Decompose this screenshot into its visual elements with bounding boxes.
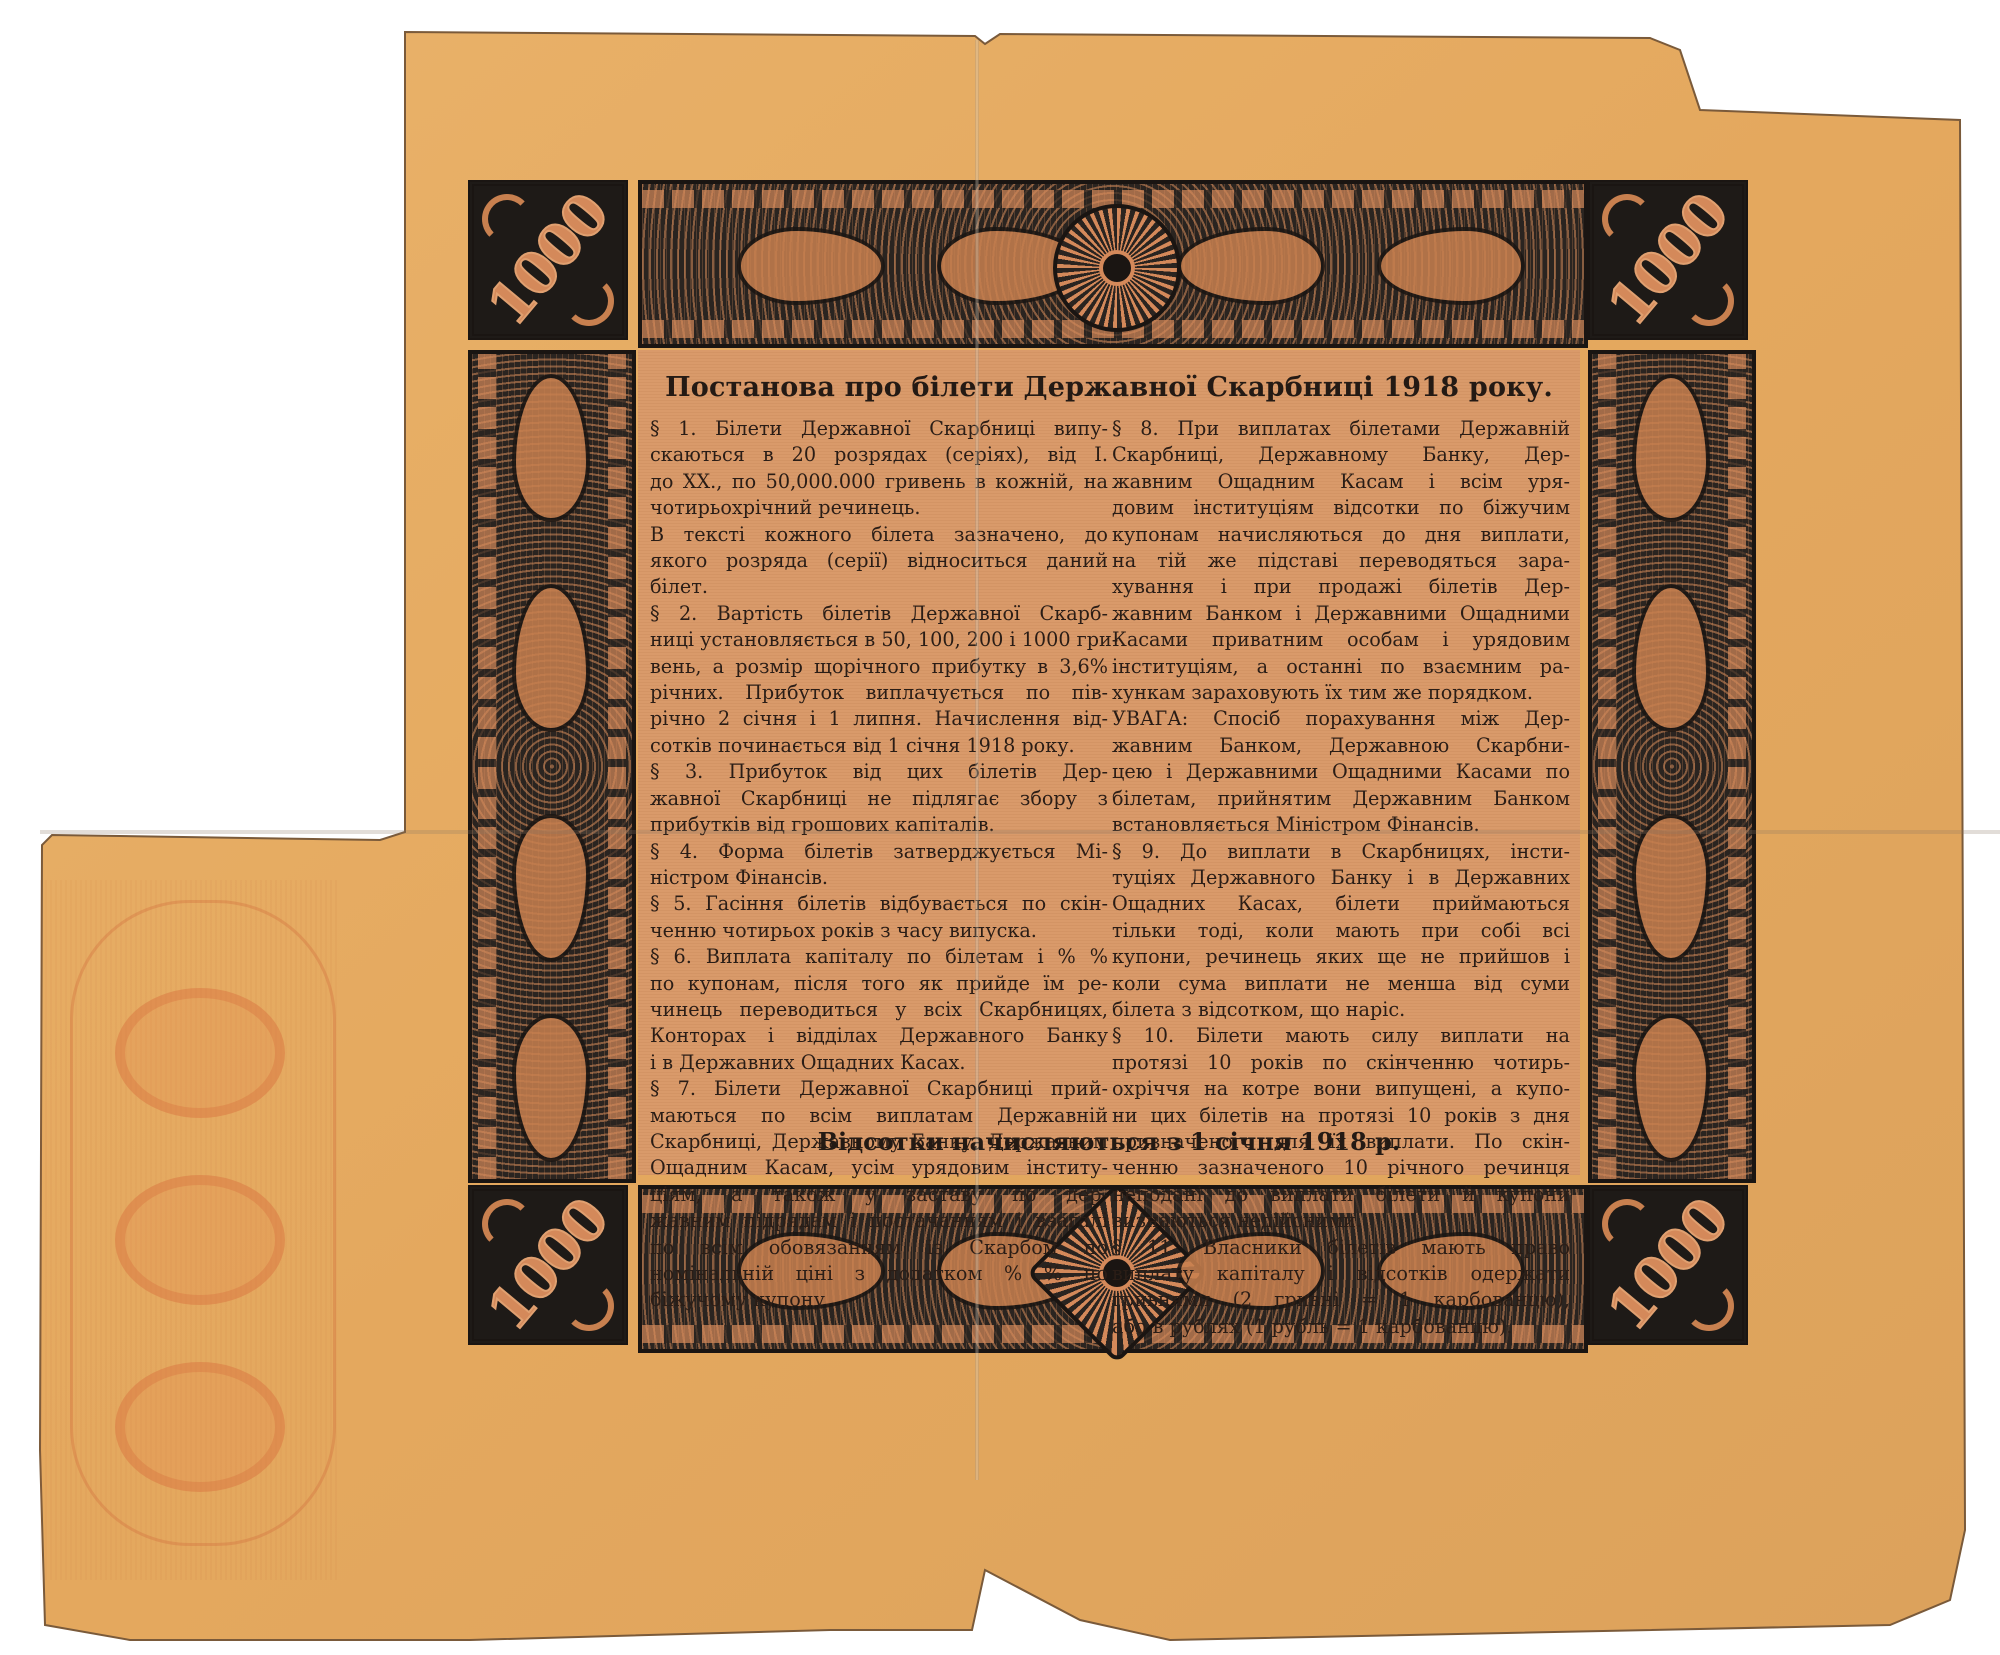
text-line: хункам зараховують їх тим же порядком. xyxy=(1112,680,1570,706)
text-line: до ХХ., по 50,000.000 гривень в кожній, … xyxy=(650,469,1108,495)
interest-accrual-note: Відсотки начисляються з 1 січня 1918 р. xyxy=(638,1127,1580,1156)
text-line: купони, речинець яких ще не прийшов і xyxy=(1112,944,1570,970)
text-line: ністром Фінансів. xyxy=(650,865,1108,891)
denomination-label: 1000 xyxy=(1595,1187,1741,1343)
text-panel: Постанова про білети Державної Скарбниці… xyxy=(638,350,1580,1175)
leaf-ornament-icon xyxy=(1177,227,1325,305)
leaf-ornament-icon xyxy=(512,814,590,962)
text-line: тільки тоді, коли мають при собі всі xyxy=(1112,918,1570,944)
text-line: Ощадним Касам, усім урядовим інститу- xyxy=(650,1155,1108,1181)
right-ornamental-border xyxy=(1588,350,1756,1183)
text-line: якого розряда (серії) відноситься даний xyxy=(650,548,1108,574)
text-line: чотирьохрічний речинець. xyxy=(650,495,1108,521)
leaf-ornament-icon xyxy=(1632,584,1710,732)
text-line: охріччя на котре вони випущені, а купо- xyxy=(1112,1076,1570,1102)
text-line: Конторах і відділах Державного Банку xyxy=(650,1023,1108,1049)
text-line: жавної Скарбниці не підлягає збору з xyxy=(650,786,1108,812)
text-line: встановляється Міністром Фінансів. xyxy=(1112,812,1570,838)
text-line: § 9. До виплати в Скарбницях, інсти- xyxy=(1112,839,1570,865)
corner-denomination-bottom-left: 1000 xyxy=(468,1185,628,1345)
leaf-ornament-icon xyxy=(1632,814,1710,962)
denomination-label: 1000 xyxy=(475,182,621,338)
text-line: купонам начисляються до дня виплати, xyxy=(1112,522,1570,548)
text-line: УВАГА: Спосіб порахування між Дер- xyxy=(1112,706,1570,732)
text-line: жавним Банком, Державною Скарбни- xyxy=(1112,733,1570,759)
text-line: ченню зазначеного 10 річного речинця xyxy=(1112,1155,1570,1181)
text-line: ченню чотирьох років з часу випуска. xyxy=(650,918,1108,944)
text-line: § 10. Білети мають силу виплати на xyxy=(1112,1023,1570,1049)
left-text-column: § 1. Білети Державної Скарбниці випу-ска… xyxy=(650,416,1108,1314)
text-line: Ощадних Касах, білети приймаються xyxy=(1112,891,1570,917)
text-line: § 7. Білети Державної Скарбниці прий- xyxy=(650,1076,1108,1102)
text-line: ниці установляється в 50, 100, 200 і 100… xyxy=(650,627,1108,653)
text-line: виплату капіталу і відсотків одержати xyxy=(1112,1261,1570,1287)
text-line: номінальній ціні з додатком % % по xyxy=(650,1261,1108,1287)
text-line: § 5. Гасіння білетів відбувається по скі… xyxy=(650,891,1108,917)
text-line: ціям, а також у заставу по дер- xyxy=(650,1182,1108,1208)
wave-pattern xyxy=(1728,354,1746,1179)
wave-pattern xyxy=(608,354,626,1179)
text-line: білетам, прийнятим Державним Банком xyxy=(1112,786,1570,812)
text-line: неподані до виплати білети й купони xyxy=(1112,1182,1570,1208)
wave-pattern xyxy=(1598,354,1616,1179)
leaf-ornament-icon xyxy=(512,584,590,732)
left-ornamental-border xyxy=(468,350,636,1183)
text-line: В тексті кожного білета зазначено, до xyxy=(650,522,1108,548)
text-line: або в рублях (1 рубль = 1 карбованцю). xyxy=(1112,1314,1570,1340)
denomination-label: 1000 xyxy=(1595,182,1741,338)
text-line: туціях Державного Банку і в Державних xyxy=(1112,865,1570,891)
text-line: скаються в 20 розрядах (серіях), від І. xyxy=(650,442,1108,468)
leaf-ornament-icon xyxy=(512,1014,590,1162)
text-line: сотків починається від 1 січня 1918 року… xyxy=(650,733,1108,759)
text-line: гривнями (2 гривні = 1 карбованцю), xyxy=(1112,1287,1570,1313)
text-line: цею і Державними Ощадними Касами по xyxy=(1112,759,1570,785)
wave-pattern xyxy=(478,354,496,1179)
text-line: Скарбниці, Державному Банку, Дер- xyxy=(1112,442,1570,468)
text-line: білета з відсотком, що наріс. xyxy=(1112,997,1570,1023)
text-line: білет. xyxy=(650,574,1108,600)
text-line: жавним підрядам і постачанням і взагалі xyxy=(650,1208,1108,1234)
text-line: § 4. Форма білетів затверджується Мі- xyxy=(650,839,1108,865)
text-line: маються по всім виплатам Державній xyxy=(650,1103,1108,1129)
leaf-ornament-icon xyxy=(512,374,590,522)
text-line: на тій же підставі переводяться зара- xyxy=(1112,548,1570,574)
text-line: річно 2 січня і 1 липня. Начислення від- xyxy=(650,706,1108,732)
text-line: і в Державних Ощадних Касах. xyxy=(650,1050,1108,1076)
leaf-ornament-icon xyxy=(1377,227,1525,305)
flap-digit-0 xyxy=(115,1175,285,1305)
horizontal-fold-crease xyxy=(40,830,2000,834)
text-line: чинець переводиться у всіх Скарбницях, xyxy=(650,997,1108,1023)
decree-title: Постанова про білети Державної Скарбниці… xyxy=(638,372,1580,403)
text-line: § 11. Власники білетів мають право xyxy=(1112,1235,1570,1261)
top-ornamental-border xyxy=(638,180,1588,348)
text-line: визнаються недійсними. xyxy=(1112,1208,1570,1234)
text-line: протязі 10 років по скінченню чотирь- xyxy=(1112,1050,1570,1076)
text-line: ни цих білетів на протязі 10 років з дня xyxy=(1112,1103,1570,1129)
leaf-ornament-icon xyxy=(737,227,885,305)
denomination-label: 1000 xyxy=(475,1187,621,1343)
flap-digit-0 xyxy=(115,1362,285,1492)
text-line: річних. Прибуток виплачується по пів- xyxy=(650,680,1108,706)
text-line: Касами приватним особам і урядовим xyxy=(1112,627,1570,653)
leaf-ornament-icon xyxy=(1632,374,1710,522)
text-line: коли сума виплати не менша від суми xyxy=(1112,971,1570,997)
text-line: інституціям, а останні по взаємним ра- xyxy=(1112,654,1570,680)
text-line: § 6. Виплата капіталу по білетам і % % xyxy=(650,944,1108,970)
text-line: хування і при продажі білетів Дер- xyxy=(1112,574,1570,600)
text-line: по всім обовязанням із Скарбом по xyxy=(650,1235,1108,1261)
printed-frame: 1000 1000 1000 1000 Постанова про білети… xyxy=(468,180,1758,1355)
rosette-ornament-icon xyxy=(1053,204,1181,332)
right-text-column: § 8. При виплатах білетами ДержавнійСкар… xyxy=(1112,416,1570,1340)
text-line: біжучому купону. xyxy=(650,1287,1108,1313)
vertical-fold-crease xyxy=(975,40,979,1480)
text-line: жавним Банком і Державними Ощадними xyxy=(1112,601,1570,627)
corner-denomination-top-left: 1000 xyxy=(468,180,628,340)
text-line: довим інституціям відсотки по біжучим xyxy=(1112,495,1570,521)
text-line: § 2. Вартість білетів Державної Скарб- xyxy=(650,601,1108,627)
text-line: § 8. При виплатах білетами Державній xyxy=(1112,416,1570,442)
flap-digit-0 xyxy=(115,988,285,1118)
text-line: § 3. Прибуток від цих білетів Дер- xyxy=(650,759,1108,785)
corner-denomination-top-right: 1000 xyxy=(1588,180,1748,340)
text-line: § 1. Білети Державної Скарбниці випу- xyxy=(650,416,1108,442)
corner-denomination-bottom-right: 1000 xyxy=(1588,1185,1748,1345)
text-line: по купонам, після того як прийде їм ре- xyxy=(650,971,1108,997)
text-line: прибутків від грошових капіталів. xyxy=(650,812,1108,838)
flap-watermark-1000 xyxy=(95,960,305,1520)
text-line: вень, а розмір щорічного прибутку в 3,6% xyxy=(650,654,1108,680)
leaf-ornament-icon xyxy=(1632,1014,1710,1162)
text-line: жавним Ощадним Касам і всім уря- xyxy=(1112,469,1570,495)
